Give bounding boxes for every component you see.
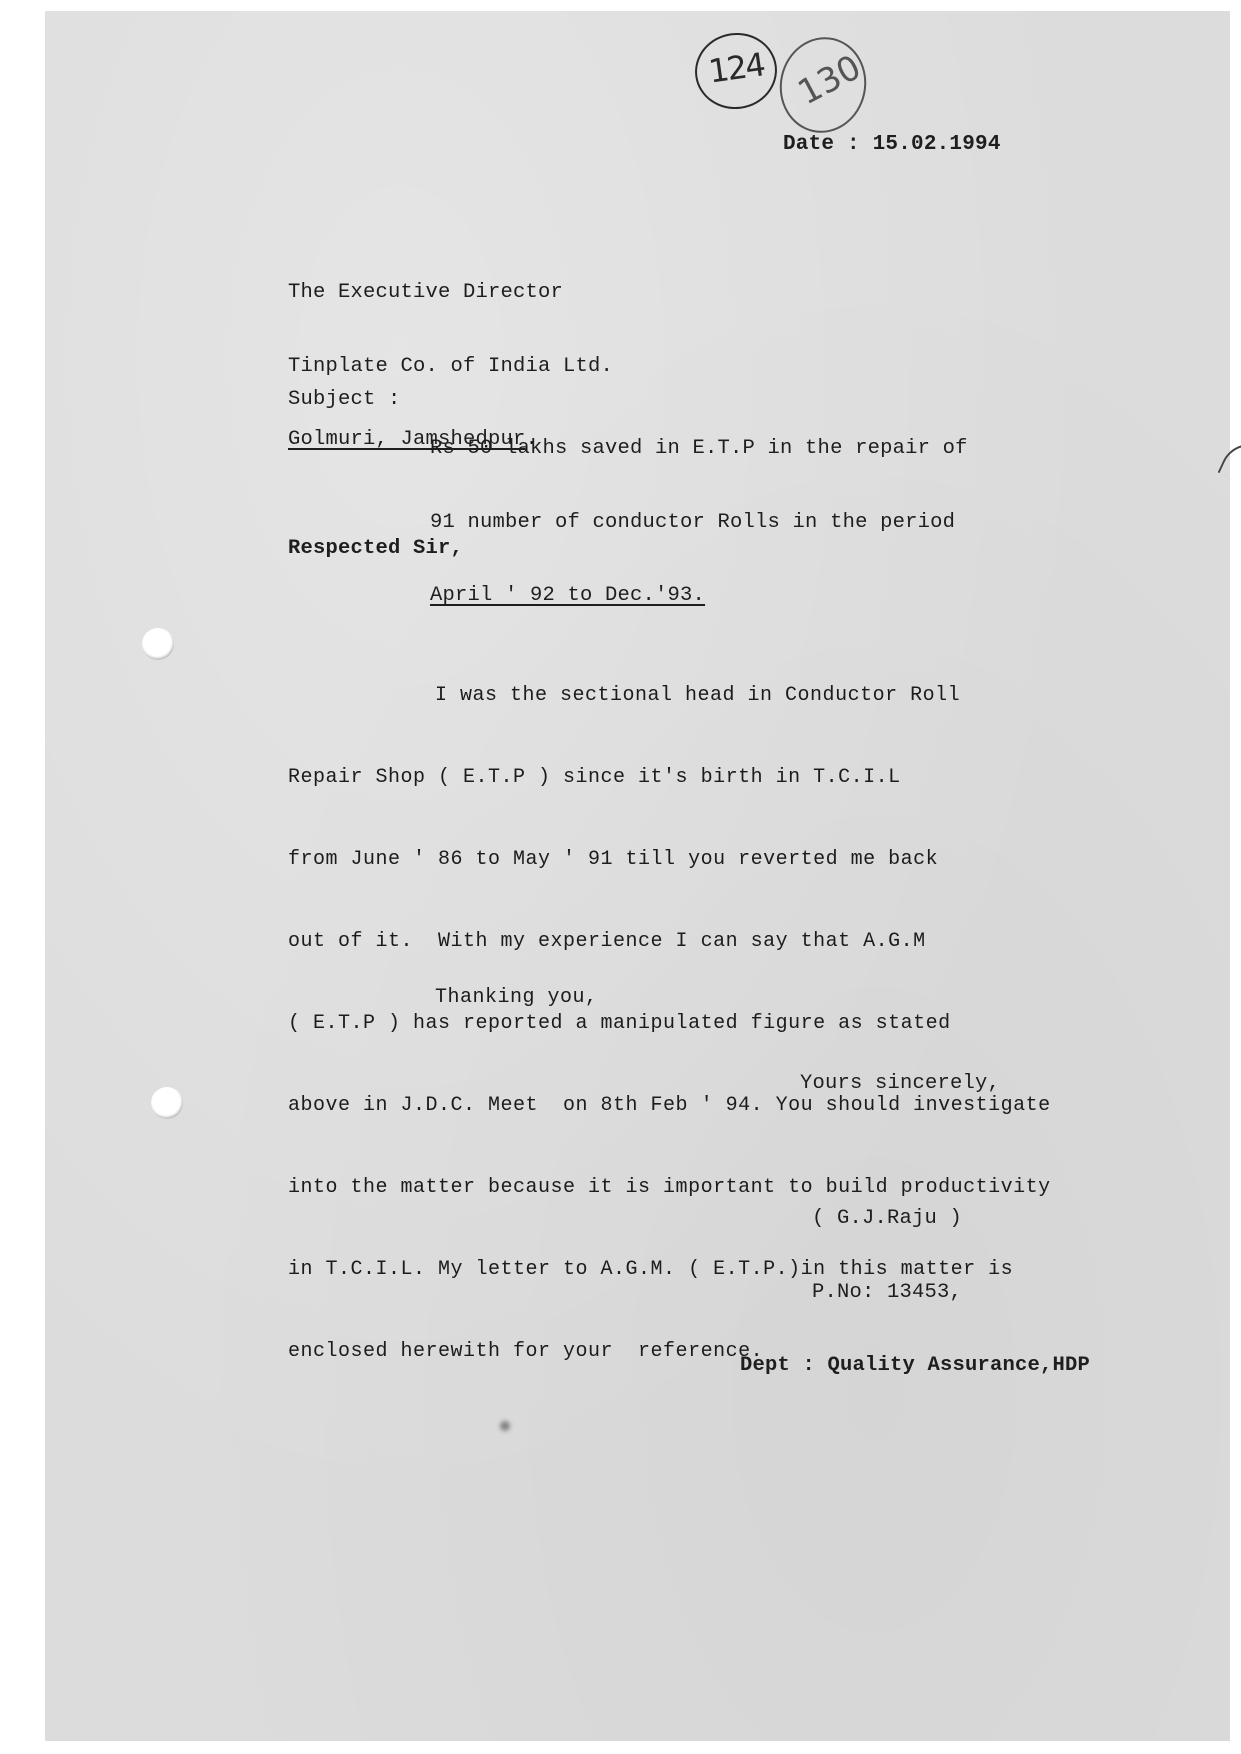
body-line: out of it. With my experience I can say … (288, 924, 1051, 960)
closing: Thanking you, (435, 986, 598, 1009)
signature-block: ( G.J.Raju ) P.No: 13453, Dept : Quality… (740, 1158, 1090, 1403)
recipient-company: Tinplate Co. of India Ltd. (288, 355, 613, 380)
department: Dept : Quality Assurance,HDP (740, 1354, 1090, 1379)
body-line: I was the sectional head in Conductor Ro… (288, 678, 1051, 714)
body-line: ( E.T.P ) has reported a manipulated fig… (288, 1006, 1051, 1042)
circled-page-number-130: 130 (771, 29, 875, 141)
personnel-number: P.No: 13453, (740, 1281, 1090, 1306)
punch-hole-top (142, 628, 174, 660)
recipient-title: The Executive Director (288, 281, 613, 306)
subject-label: Subject : (288, 388, 401, 413)
subject-line-3: April ' 92 to Dec.'93. (430, 584, 968, 609)
letter-date: Date : 15.02.1994 (783, 133, 1001, 158)
punch-hole-bottom (151, 1087, 183, 1119)
subject-text: Rs 50 lakhs saved in E.T.P in the repair… (430, 388, 968, 633)
signatory-name: ( G.J.Raju ) (740, 1207, 1090, 1232)
page-number-124: 124 (706, 45, 766, 90)
subject-line-2: 91 number of conductor Rolls in the peri… (430, 511, 968, 536)
body-line: from June ' 86 to May ' 91 till you reve… (288, 842, 1051, 878)
page-number-130: 130 (792, 47, 868, 113)
ink-smudge (500, 1421, 510, 1431)
salutation: Respected Sir, (288, 537, 463, 562)
pen-mark (1218, 434, 1241, 486)
body-line: Repair Shop ( E.T.P ) since it's birth i… (288, 760, 1051, 796)
signoff: Yours sincerely, (800, 1072, 1000, 1097)
subject-line-1: Rs 50 lakhs saved in E.T.P in the repair… (430, 437, 968, 462)
circled-page-number-124: 124 (690, 28, 782, 115)
